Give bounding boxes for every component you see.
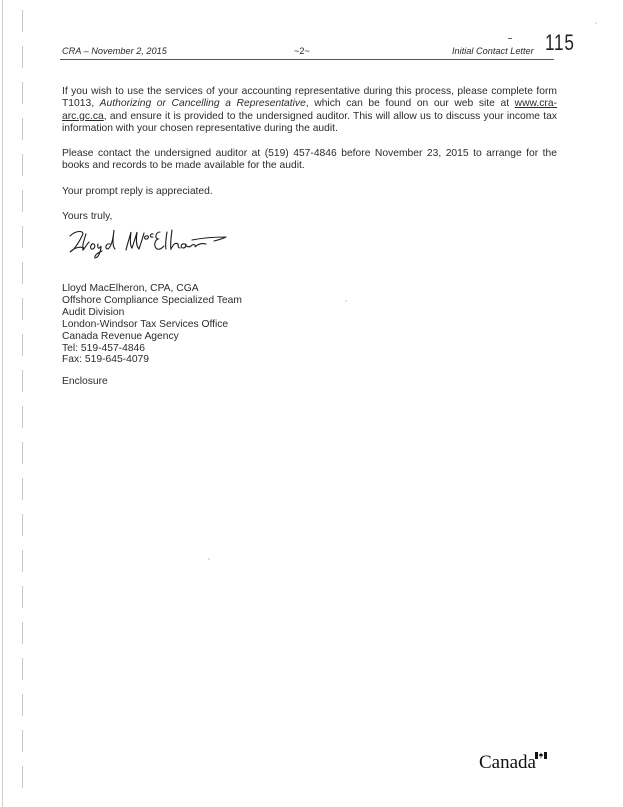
paragraph-contact: Please contact the undersigned auditor a…	[62, 148, 557, 173]
signatory-name: Lloyd MacElheron, CPA, CGA	[62, 283, 242, 295]
signatory-office: London-Windsor Tax Services Office	[62, 319, 242, 331]
letter-body: If you wish to use the services of your …	[62, 86, 557, 236]
header-rule	[60, 59, 554, 60]
page-edge	[2, 0, 3, 807]
header-date: CRA – November 2, 2015	[62, 46, 167, 56]
signatory-fax: Fax: 519-645-4079	[62, 354, 242, 366]
paragraph-reply: Your prompt reply is appreciated.	[62, 186, 557, 198]
signatory-tel: Tel: 519-457-4846	[62, 343, 242, 355]
scan-speck	[345, 300, 347, 302]
margin-marks	[22, 10, 23, 800]
canada-wordmark: Canada	[479, 752, 536, 774]
header-page-number: ~2~	[294, 46, 310, 56]
signatory-block: Lloyd MacElheron, CPA, CGA Offshore Comp…	[62, 283, 242, 366]
scan-speck	[595, 22, 597, 24]
paragraph-representative: If you wish to use the services of your …	[62, 86, 557, 135]
signatory-agency: Canada Revenue Agency	[62, 331, 242, 343]
form-title: Authorizing or Cancelling a Representati…	[100, 98, 306, 109]
header-letter-type: Initial Contact Letter	[452, 46, 534, 56]
scan-speck	[208, 558, 210, 560]
signatory-team: Offshore Compliance Specialized Team	[62, 295, 242, 307]
enclosure-note: Enclosure	[62, 376, 108, 387]
canada-flag-icon	[535, 752, 547, 760]
stamp-dash	[508, 38, 512, 39]
page-stamp-number: 115	[545, 30, 575, 56]
signature-icon	[64, 222, 234, 262]
paragraph-text: , which can be found on our web site at	[306, 98, 515, 109]
signatory-division: Audit Division	[62, 307, 242, 319]
paragraph-text: , and ensure it is provided to the under…	[62, 111, 557, 134]
